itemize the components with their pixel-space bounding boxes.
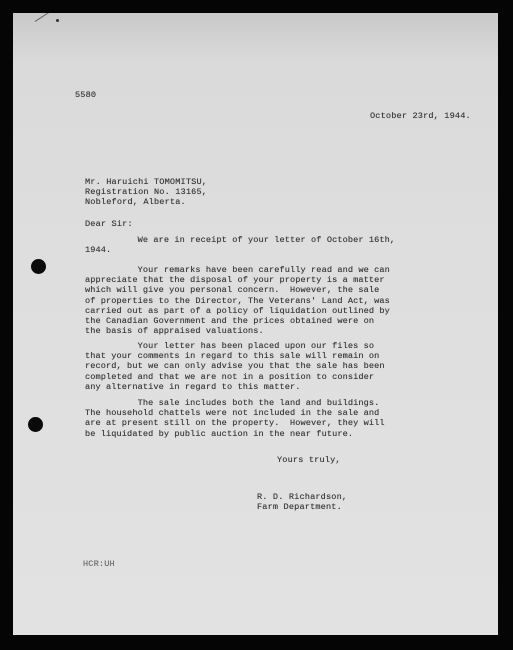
reference-initials: HCR:UH xyxy=(83,559,115,569)
paragraph-line: of properties to the Director, The Veter… xyxy=(85,296,445,306)
letter-date: October 23rd, 1944. xyxy=(370,111,471,121)
paragraph-line: The household chattels were not included… xyxy=(85,408,445,418)
paragraph-line: are at present still on the property. Ho… xyxy=(85,418,445,428)
paragraph-line: record, but we can only advise you that … xyxy=(85,361,445,371)
paragraph-line: be liquidated by public auction in the n… xyxy=(85,429,445,439)
paragraph-line: We are in receipt of your letter of Octo… xyxy=(85,235,445,245)
salutation: Dear Sir: xyxy=(85,219,133,229)
paragraph-line: any alternative in regard to this matter… xyxy=(85,382,445,392)
punch-hole-bottom xyxy=(28,417,43,432)
paragraph-line: 1944. xyxy=(85,245,445,255)
signature-name: R. D. Richardson, xyxy=(257,492,347,502)
paragraph-line: Your remarks have been carefully read an… xyxy=(85,265,445,275)
recipient-registration: Registration No. 13165, xyxy=(85,187,207,197)
recipient-name: Mr. Haruichi TOMOMITSU, xyxy=(85,177,207,187)
file-number: 5580 xyxy=(75,90,96,100)
signature-department: Farm Department. xyxy=(257,502,342,512)
paragraph-line: The sale includes both the land and buil… xyxy=(85,398,445,408)
paragraph-line: the Canadian Government and the prices o… xyxy=(85,316,445,326)
paragraph-line: Your letter has been placed upon our fil… xyxy=(85,341,445,351)
letter-page: 5580 October 23rd, 1944. Mr. Haruichi TO… xyxy=(13,13,498,635)
paragraph-line: completed and that we are not in a posit… xyxy=(85,372,445,382)
paragraph-line: that your comments in regard to this sal… xyxy=(85,351,445,361)
paragraph-3: Your letter has been placed upon our fil… xyxy=(85,341,445,392)
paragraph-4: The sale includes both the land and buil… xyxy=(85,398,445,439)
punch-hole-top xyxy=(31,259,46,274)
paragraph-line: which will give you personal concern. Ho… xyxy=(85,285,445,295)
paragraph-line: appreciate that the disposal of your pro… xyxy=(85,275,445,285)
paragraph-line: the basis of appraised valuations. xyxy=(85,326,445,336)
scratch-dot xyxy=(56,19,59,22)
paragraph-1: We are in receipt of your letter of Octo… xyxy=(85,235,445,255)
scratch-mark xyxy=(35,13,58,22)
closing: Yours truly, xyxy=(277,455,341,465)
recipient-address: Nobleford, Alberta. xyxy=(85,197,186,207)
paragraph-2: Your remarks have been carefully read an… xyxy=(85,265,445,336)
paragraph-line: carried out as part of a policy of liqui… xyxy=(85,306,445,316)
